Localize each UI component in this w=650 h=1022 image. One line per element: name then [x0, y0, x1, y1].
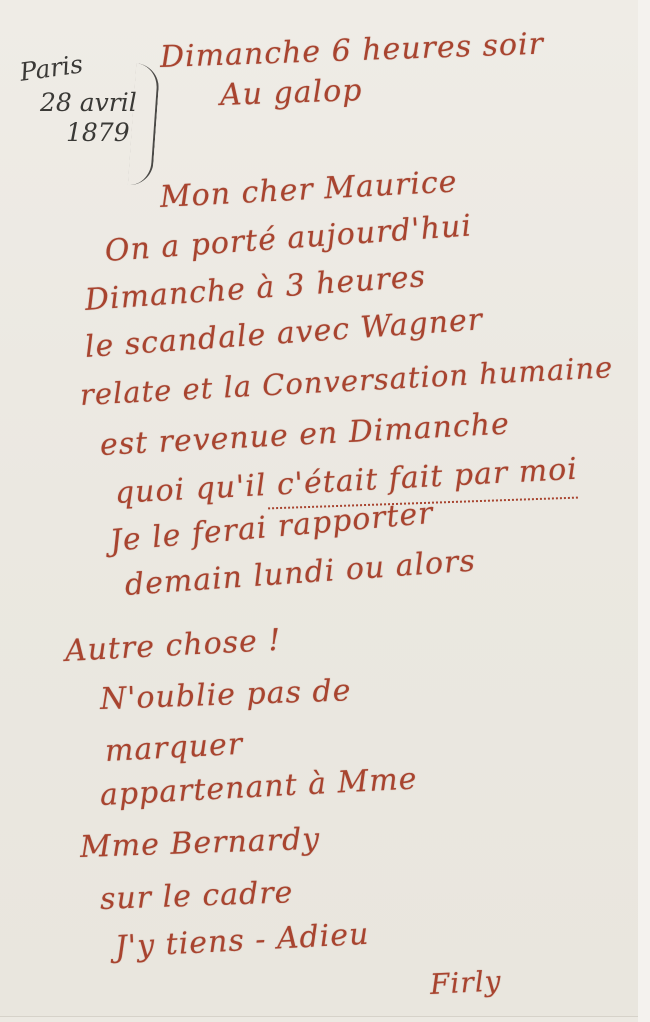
signature: Firly: [429, 964, 502, 1001]
closing-line: Mme Bernardy: [79, 822, 320, 865]
closing-line: marquer: [104, 727, 244, 769]
closing-line: N'oublie pas de: [99, 673, 352, 717]
pencil-date-annotation: Paris 28 avril 1879: [18, 58, 148, 148]
body-line: quoi qu'il c'était fait par moi: [114, 452, 579, 511]
closing-line: J'y tiens - Adieu: [114, 917, 370, 965]
document-page: Paris 28 avril 1879 Dimanche 6 heures so…: [0, 0, 650, 1022]
annotation-place: Paris: [18, 40, 149, 88]
closing-line: Autre chose !: [64, 623, 282, 669]
heading-line-1: Dimanche 6 heures soir: [159, 27, 544, 75]
closing-line: appartenant à Mme: [99, 761, 418, 813]
salutation: Mon cher Maurice: [159, 164, 458, 215]
heading-line-2: Au galop: [219, 73, 363, 113]
closing-line: sur le cadre: [99, 875, 294, 917]
letter-sheet: Paris 28 avril 1879 Dimanche 6 heures so…: [0, 0, 639, 1017]
body-line: est revenue en Dimanche: [99, 407, 511, 463]
page-edge: [638, 0, 650, 1022]
